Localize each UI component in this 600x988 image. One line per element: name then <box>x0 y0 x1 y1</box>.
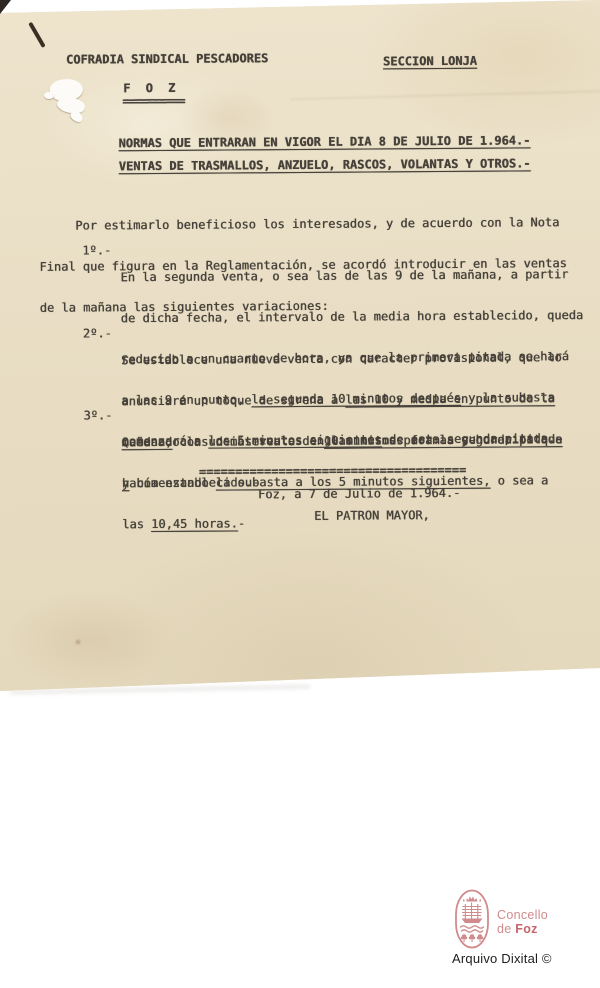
numbered-item-3: 3º.- Quedando las demás ventas en las mi… <box>83 405 563 464</box>
watermark-org-bold: Foz <box>515 922 537 936</box>
item-text-line: Quedando las demás ventas en las mismas … <box>122 433 563 449</box>
typed-content: COFRADIA SINDICAL PESCADORES SECCION LON… <box>0 0 600 702</box>
scan-corner-mark <box>0 0 11 14</box>
item-text-line: Se establece una nueva venta con caracte… <box>121 351 562 367</box>
intro-line: Por estimarlo beneficioso los interesado… <box>39 216 566 233</box>
title-line-1: NORMAS QUE ENTRARAN EN VIGOR EL DIA 8 DE… <box>119 133 531 150</box>
scan-background: COFRADIA SINDICAL PESCADORES SECCION LON… <box>0 0 600 988</box>
title-line-2: VENTAS DE TRASMALLOS, ANZUELO, RASCOS, V… <box>119 156 531 173</box>
section-label: SECCION LONJA <box>383 54 477 69</box>
item-number: 3º.- <box>83 408 112 422</box>
item-number: 1º.- <box>82 243 111 257</box>
item-text-line: En la segunda venta, o sea las de las 9 … <box>120 268 582 284</box>
watermark-org-name: Concello de Foz <box>497 908 548 936</box>
closing-rule: ===================================== <box>199 463 466 479</box>
item-number: 2º.- <box>83 326 112 340</box>
watermark-org-line1: Concello <box>497 908 548 922</box>
watermark-caption: Arquivo Dixital © <box>452 951 552 966</box>
org-line: COFRADIA SINDICAL PESCADORES <box>66 51 268 66</box>
signature-line: EL PATRON MAYOR, <box>314 508 430 523</box>
numbered-item-1: 1º.- En la segunda venta, o sea las de l… <box>82 240 562 299</box>
place-name-rule: ========== <box>122 94 184 108</box>
numbered-item-2: 2º.- Se establece una nueva venta con ca… <box>83 323 563 382</box>
item-text: Quedando las demás ventas en las mismas … <box>121 405 562 518</box>
date-line: Foz, a 7 de Julio de 1.964.- <box>258 486 460 501</box>
archive-watermark: Concello de Foz Arquivo Dixital © <box>450 885 595 980</box>
concello-de-foz-crest-icon <box>454 889 490 949</box>
watermark-org-line2: de Foz <box>497 922 548 936</box>
document-paper: COFRADIA SINDICAL PESCADORES SECCION LON… <box>0 0 600 700</box>
